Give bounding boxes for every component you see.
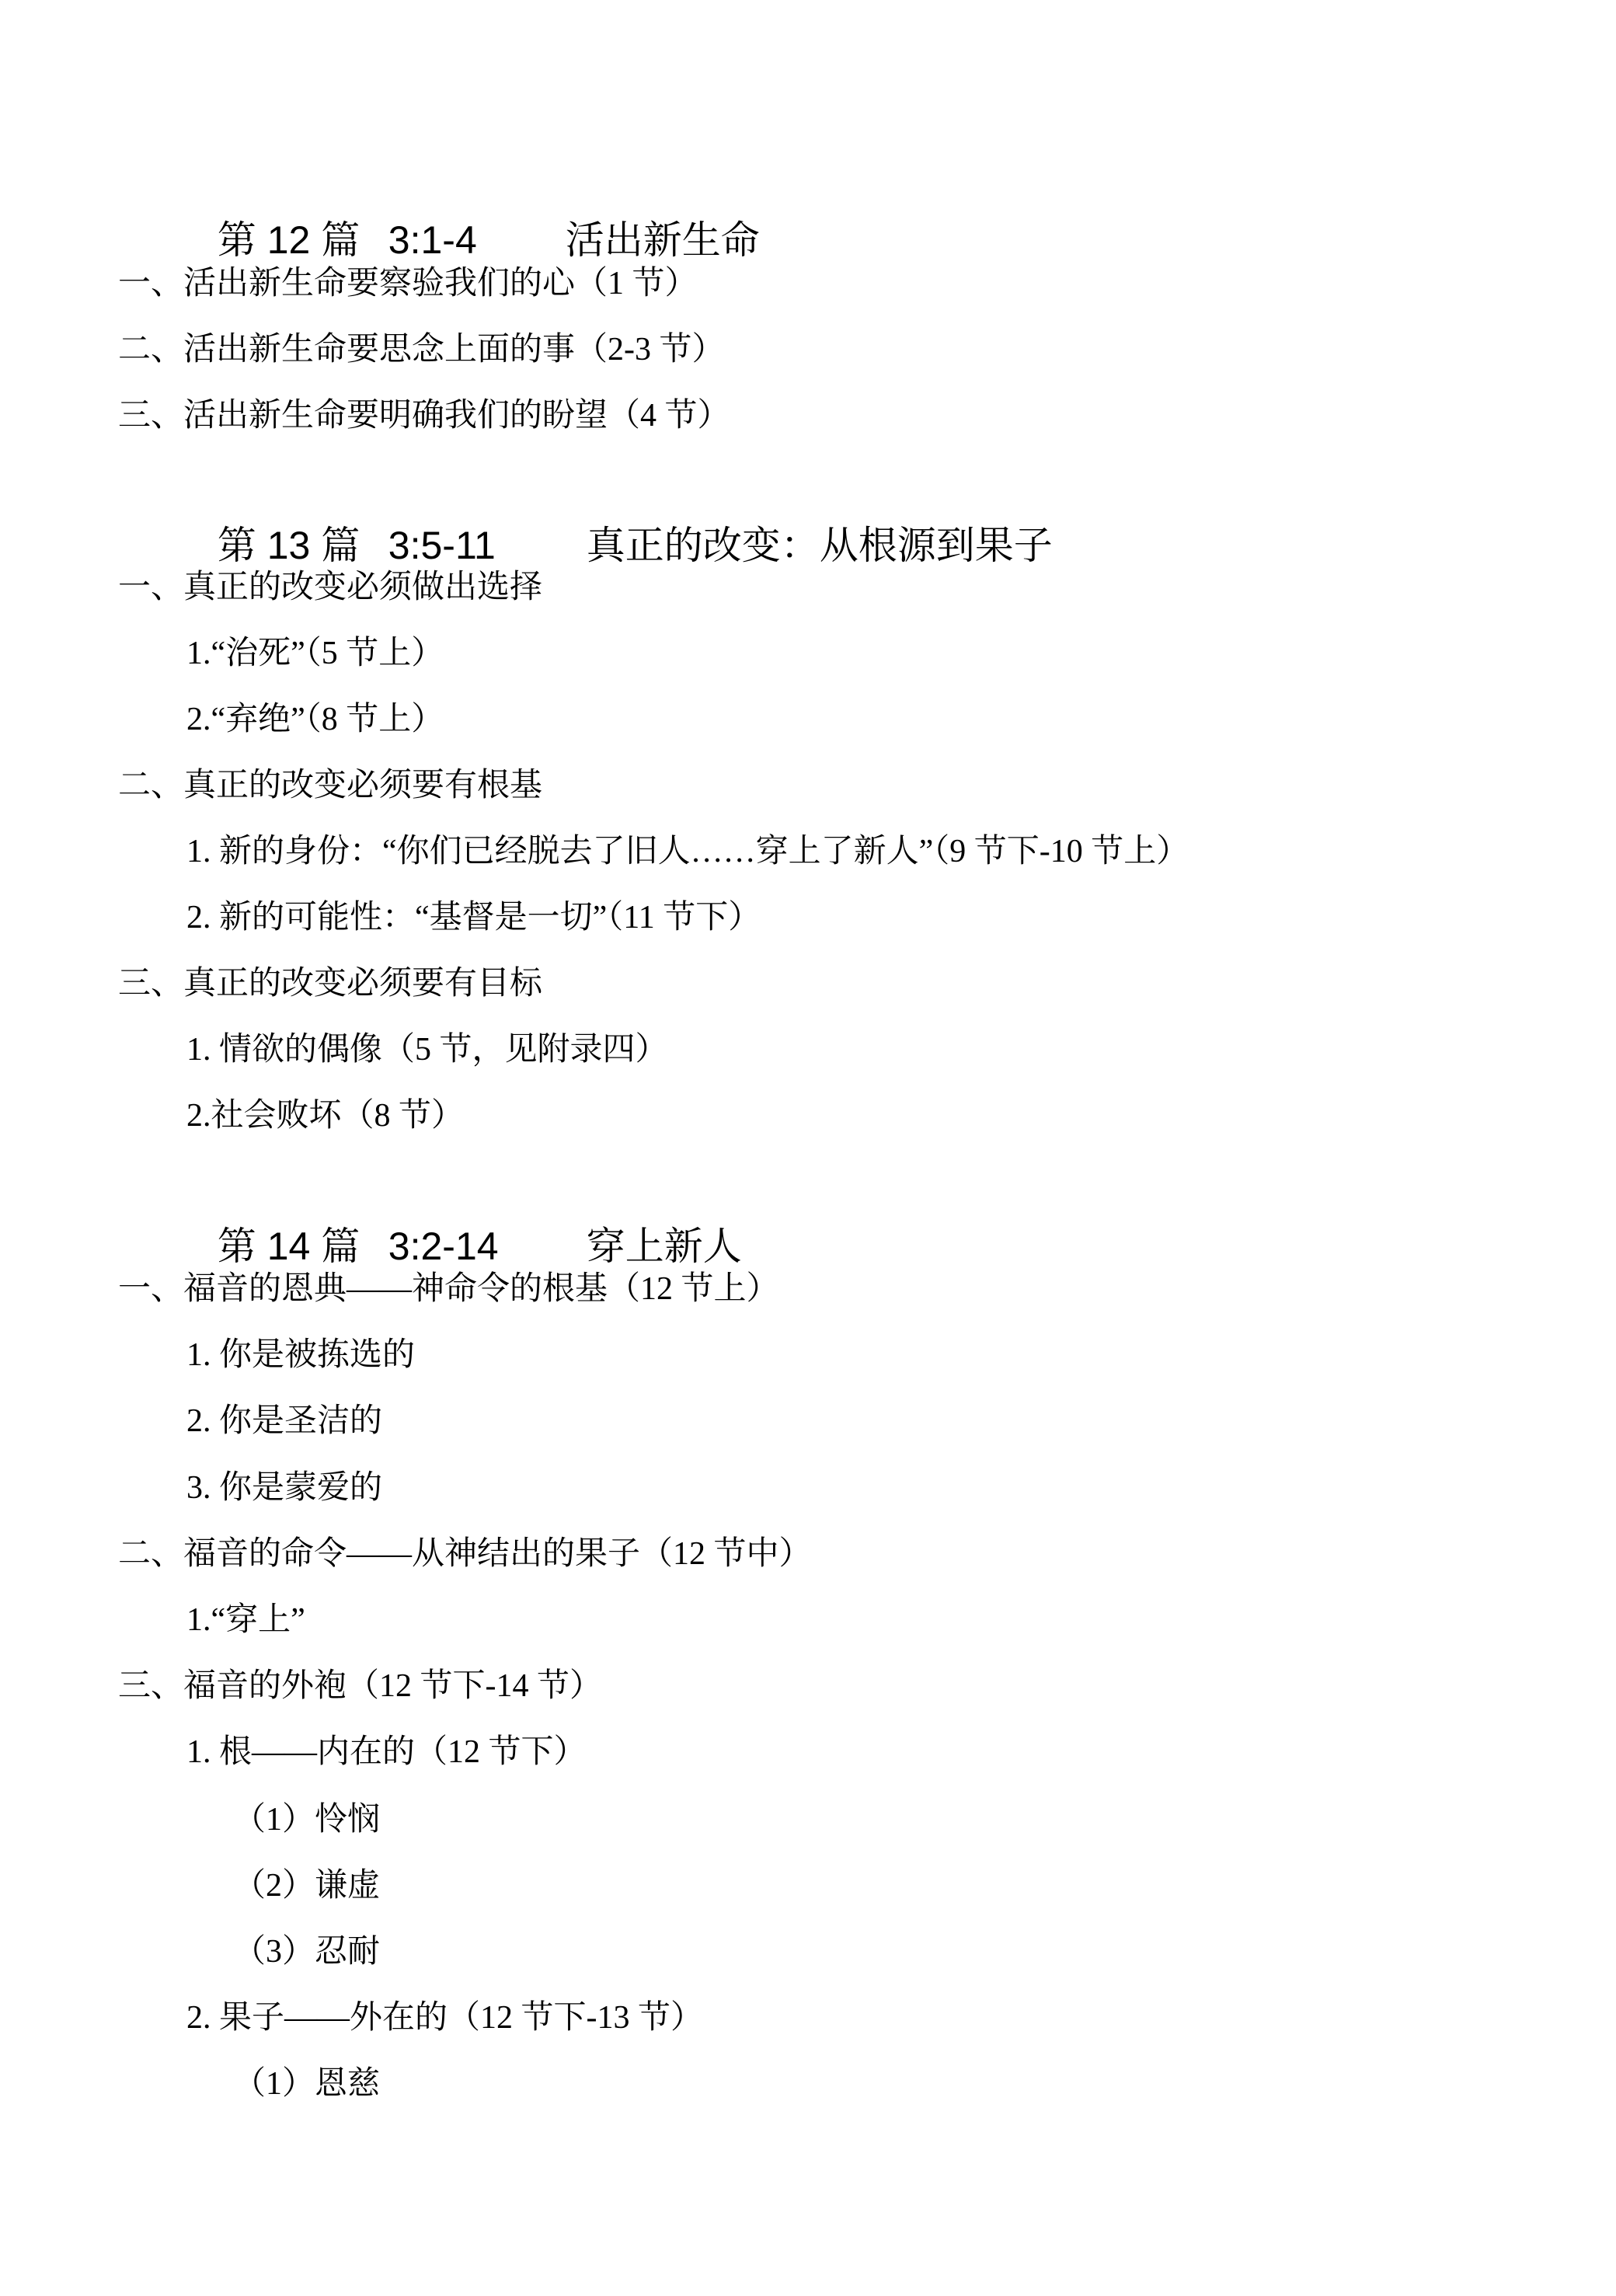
heading-chapter: 第 14 篇 <box>218 1227 388 1266</box>
outline-item: 三、活出新生命要明确我们的盼望（4 节） <box>118 399 730 432</box>
outline-subitem: 1. 新的身份：“你们已经脱去了旧人……穿上了新人”（9 节下-10 节上） <box>186 835 1189 868</box>
outline-subsubitem: （1）恩慈 <box>233 2068 380 2100</box>
section-heading-12: 第 12 篇3:1-4活出新生命 <box>196 182 760 260</box>
outline-subitem: 1. 你是被拣选的 <box>186 1339 415 1371</box>
outline-subitem: 2. 果子——外在的（12 节下-13 节） <box>186 2002 703 2034</box>
heading-reference: 3:2-14 <box>388 1227 587 1266</box>
outline-item: 二、福音的命令——从神结出的果子（12 节中） <box>118 1538 812 1570</box>
outline-subitem: 1. 情欲的偶像（5 节，见附录四） <box>186 1033 668 1066</box>
outline-subitem: 1.“穿上” <box>186 1604 305 1636</box>
heading-chapter: 第 13 篇 <box>218 526 388 565</box>
outline-subitem: 1. 根——内在的（12 节下） <box>186 1736 587 1768</box>
heading-chapter: 第 12 篇 <box>218 221 388 260</box>
outline-subsubitem: （2）谦虚 <box>233 1869 380 1902</box>
section-heading-13: 第 13 篇3:5-11真正的改变：从根源到果子 <box>196 487 1053 565</box>
outline-item: 一、真正的改变必须做出选择 <box>118 571 542 604</box>
heading-title: 穿上新人 <box>587 1227 742 1266</box>
outline-subitem: 2.“弃绝”（8 节上） <box>186 703 444 736</box>
outline-subitem: 3. 你是蒙爱的 <box>186 1472 382 1504</box>
heading-reference: 3:5-11 <box>388 526 587 565</box>
outline-subsubitem: （1）怜悯 <box>233 1803 380 1836</box>
outline-subitem: 1.“治死”（5 节上） <box>186 637 444 670</box>
outline-subitem: 2.社会败坏（8 节） <box>186 1099 464 1132</box>
outline-item: 二、真正的改变必须要有根基 <box>118 769 542 802</box>
outline-subitem: 2. 新的可能性：“基督是一切”（11 节下） <box>186 901 761 934</box>
outline-subitem: 2. 你是圣洁的 <box>186 1405 382 1437</box>
outline-item: 三、真正的改变必须要有目标 <box>118 967 542 1000</box>
outline-item: 二、活出新生命要思念上面的事（2-3 节） <box>118 333 725 366</box>
outline-item: 三、福音的外袍（12 节下-14 节） <box>118 1670 602 1702</box>
heading-reference: 3:1-4 <box>388 221 566 260</box>
outline-subsubitem: （3）忍耐 <box>233 1935 380 1968</box>
outline-item: 一、福音的恩典——神命令的根基（12 节上） <box>118 1273 779 1305</box>
section-heading-14: 第 14 篇3:2-14穿上新人 <box>196 1188 742 1266</box>
heading-title: 真正的改变：从根源到果子 <box>587 526 1053 565</box>
outline-item: 一、活出新生命要察验我们的心（1 节） <box>118 267 698 300</box>
heading-title: 活出新生命 <box>566 221 760 260</box>
